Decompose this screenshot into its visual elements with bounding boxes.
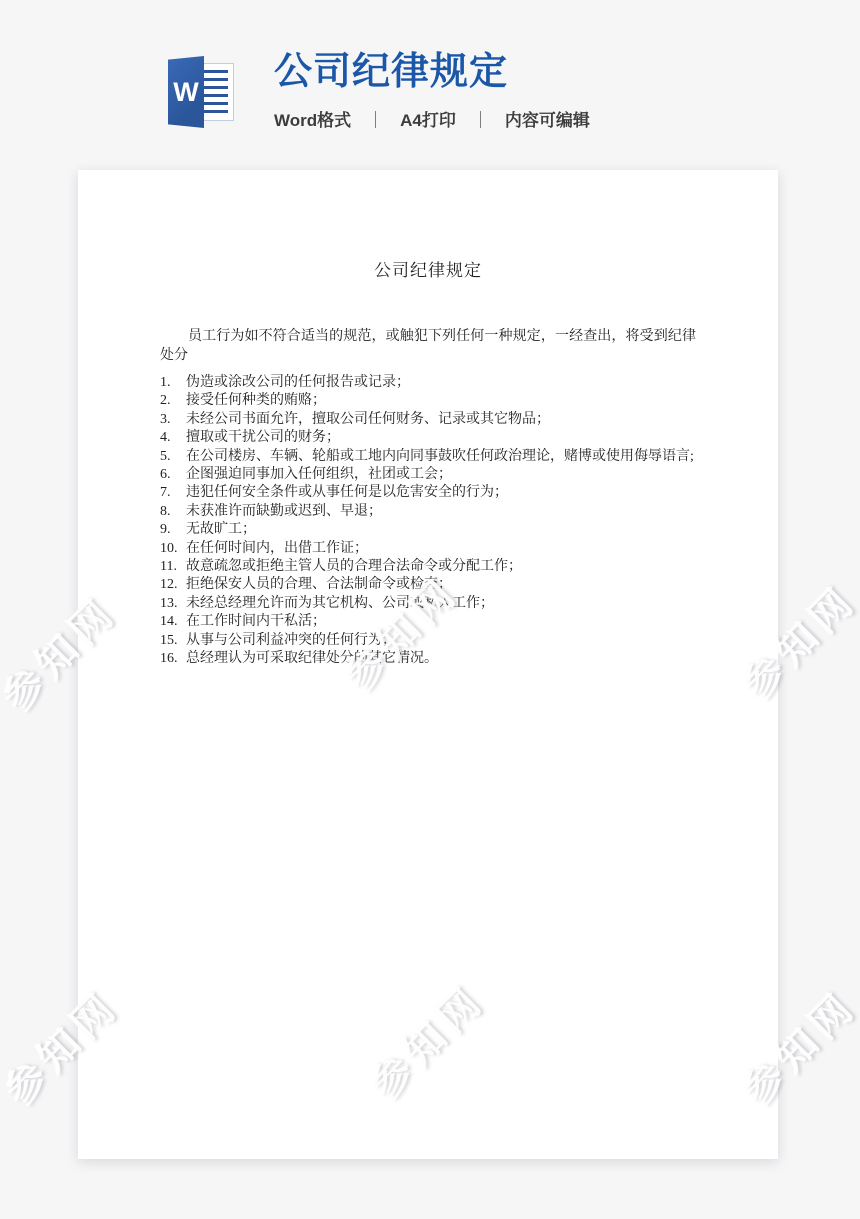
rule-item: 未经总经理允许而为其它机构、公司或私人工作； — [160, 595, 696, 613]
word-document-icon: W — [168, 56, 234, 128]
badge-editable: 内容可编辑 — [505, 106, 590, 131]
template-feature-badges: Word格式 ｜ A4打印 ｜ 内容可编辑 — [274, 106, 590, 131]
document-title: 公司纪律规定 — [160, 256, 696, 281]
word-icon-cover: W — [168, 56, 204, 128]
word-icon-letter: W — [173, 77, 198, 108]
rule-item: 接受任何种类的贿赂； — [160, 392, 696, 410]
rule-item: 伪造或涂改公司的任何报告或记录； — [160, 374, 696, 392]
document-page: 公司纪律规定 员工行为如不符合适当的规范，或触犯下列任何一种规定，一经查出，将受… — [78, 170, 778, 1159]
document-content: 公司纪律规定 员工行为如不符合适当的规范，或触犯下列任何一种规定，一经查出，将受… — [78, 170, 778, 669]
rule-item: 在公司楼房、车辆、轮船或工地内向同事鼓吹任何政治理论，赌博或使用侮辱语言; — [160, 448, 696, 466]
template-preview-canvas: 参知网 参知网 参知网 参知网 参知网 参知网 W 公司纪律规定 Word格式 … — [0, 0, 860, 1219]
rule-item: 在工作时间内干私活； — [160, 613, 696, 631]
document-intro-paragraph: 员工行为如不符合适当的规范，或触犯下列任何一种规定，一经查出，将受到纪律处分 — [160, 328, 696, 365]
rule-item: 未经公司书面允许，擅取公司任何财务、记录或其它物品； — [160, 411, 696, 429]
badge-separator: ｜ — [367, 106, 384, 131]
template-header: W 公司纪律规定 Word格式 ｜ A4打印 ｜ 内容可编辑 — [168, 52, 590, 131]
badge-separator: ｜ — [472, 106, 489, 131]
template-title: 公司纪律规定 — [274, 52, 590, 94]
rule-item: 故意疏忽或拒绝主管人员的合理合法命令或分配工作； — [160, 558, 696, 576]
header-text-block: 公司纪律规定 Word格式 ｜ A4打印 ｜ 内容可编辑 — [274, 52, 590, 131]
badge-a4-print: A4打印 — [400, 106, 456, 131]
rule-item: 从事与公司利益冲突的任何行为； — [160, 632, 696, 650]
rule-item: 违犯任何安全条件或从事任何是以危害安全的行为； — [160, 484, 696, 502]
rule-item: 拒绝保安人员的合理、合法制命令或检查； — [160, 576, 696, 594]
rule-item: 总经理认为可采取纪律处分的其它情况。 — [160, 650, 696, 668]
discipline-rules-list: 伪造或涂改公司的任何报告或记录； 接受任何种类的贿赂； 未经公司书面允许，擅取公… — [160, 374, 696, 669]
rule-item: 无故旷工； — [160, 521, 696, 539]
word-icon-text-lines — [202, 70, 228, 114]
rule-item: 擅取或干扰公司的财务； — [160, 429, 696, 447]
rule-item: 未获准许而缺勤或迟到、早退； — [160, 503, 696, 521]
rule-item: 在任何时间内，出借工作证； — [160, 540, 696, 558]
rule-item: 企图强迫同事加入任何组织，社团或工会； — [160, 466, 696, 484]
badge-word-format: Word格式 — [274, 106, 351, 131]
